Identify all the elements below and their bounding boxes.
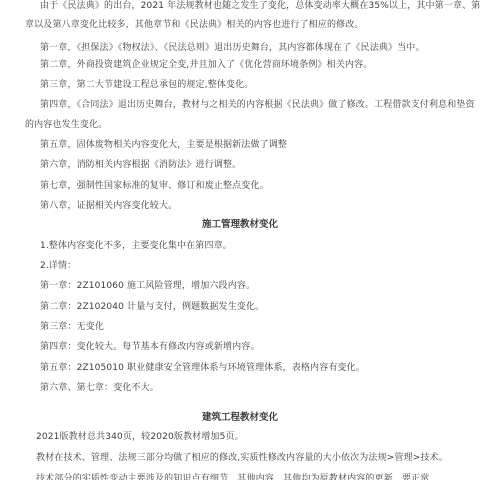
construction-item-6: 第六章、第七章：变化不大。 — [40, 382, 159, 394]
law-chapter-2: 第二章，外商投资建筑企业规定全变,并且加入了《优化营商环境条例》相关内容。 — [40, 59, 372, 71]
construction-item-2: 第二章：2Z102040 计量与支付，例题数据发生变化。 — [40, 301, 264, 313]
construction-details-label: 2.详情： — [40, 260, 76, 272]
construction-summary: 1.整体内容变化不多，主要变化集中在第四章。 — [40, 240, 232, 252]
law-chapter-7: 第七章，强制性国家标准的复审、修订和废止整点变化。 — [40, 180, 269, 192]
law-chapter-4-continuation: 的内容也发生变化。 — [25, 119, 107, 131]
construction-item-3: 第三章：无变化 — [40, 321, 104, 333]
law-chapter-6: 第六章，消防相关内容根据《消防法》进行调整。 — [40, 159, 241, 171]
law-chapter-8: 第八章，证据相关内容变化较大。 — [40, 200, 177, 212]
intro-paragraph-line-1: 由于《民法典》的出台，2021 年法规教材也随之发生了变化，总体变动率大概在35… — [40, 0, 480, 12]
section-heading-building-engineering: 建筑工程教材变化 — [0, 412, 480, 424]
section-heading-construction-management: 施工管理教材变化 — [0, 219, 480, 231]
law-chapter-1: 第一章，《担保法》《物权法》、《民法总则》退出历史舞台，其内容都体现在了《民法典… — [40, 42, 425, 54]
construction-item-4: 第四章：变化较大。每节基本有修改内容或新增内容。 — [40, 341, 260, 353]
article-document: 由于《民法典》的出台，2021 年法规教材也随之发生了变化，总体变动率大概在35… — [0, 0, 480, 480]
building-line-1: 2021版教材总共340页，较2020版教材增加5页。 — [36, 431, 244, 443]
law-chapter-3: 第三章，第二大节建设工程总承包的规定,整体变化。 — [40, 79, 253, 91]
building-line-3-cutoff: 技术部分的实质性变动主要涉及的知识点有细节，其他内容，其他均为原教材内容的更新，… — [36, 473, 429, 480]
intro-paragraph-line-2: 章以及第八章变化比较多，其他章节和《民法典》相关的内容也进行了相应的修改。 — [25, 19, 364, 31]
construction-item-1: 第一章：2Z101060 施工风险管理，增加六段内容。 — [40, 280, 255, 292]
building-line-2: 教材在技术、管理、法规三部分均做了相应的修改,实质性修改内容量的大小依次为法规>… — [36, 452, 448, 464]
law-chapter-5: 第五章，固体废物相关内容变化大，主要是根据新法做了调整 — [40, 139, 287, 151]
law-chapter-4: 第四章，《合同法》退出历史舞台，教材与之相关的内容根据《民法典》做了修改。工程借… — [40, 99, 475, 111]
construction-item-5: 第五章：2Z105010 职业健康安全管理体系与环境管理体系，表格内容有变化。 — [40, 362, 365, 374]
